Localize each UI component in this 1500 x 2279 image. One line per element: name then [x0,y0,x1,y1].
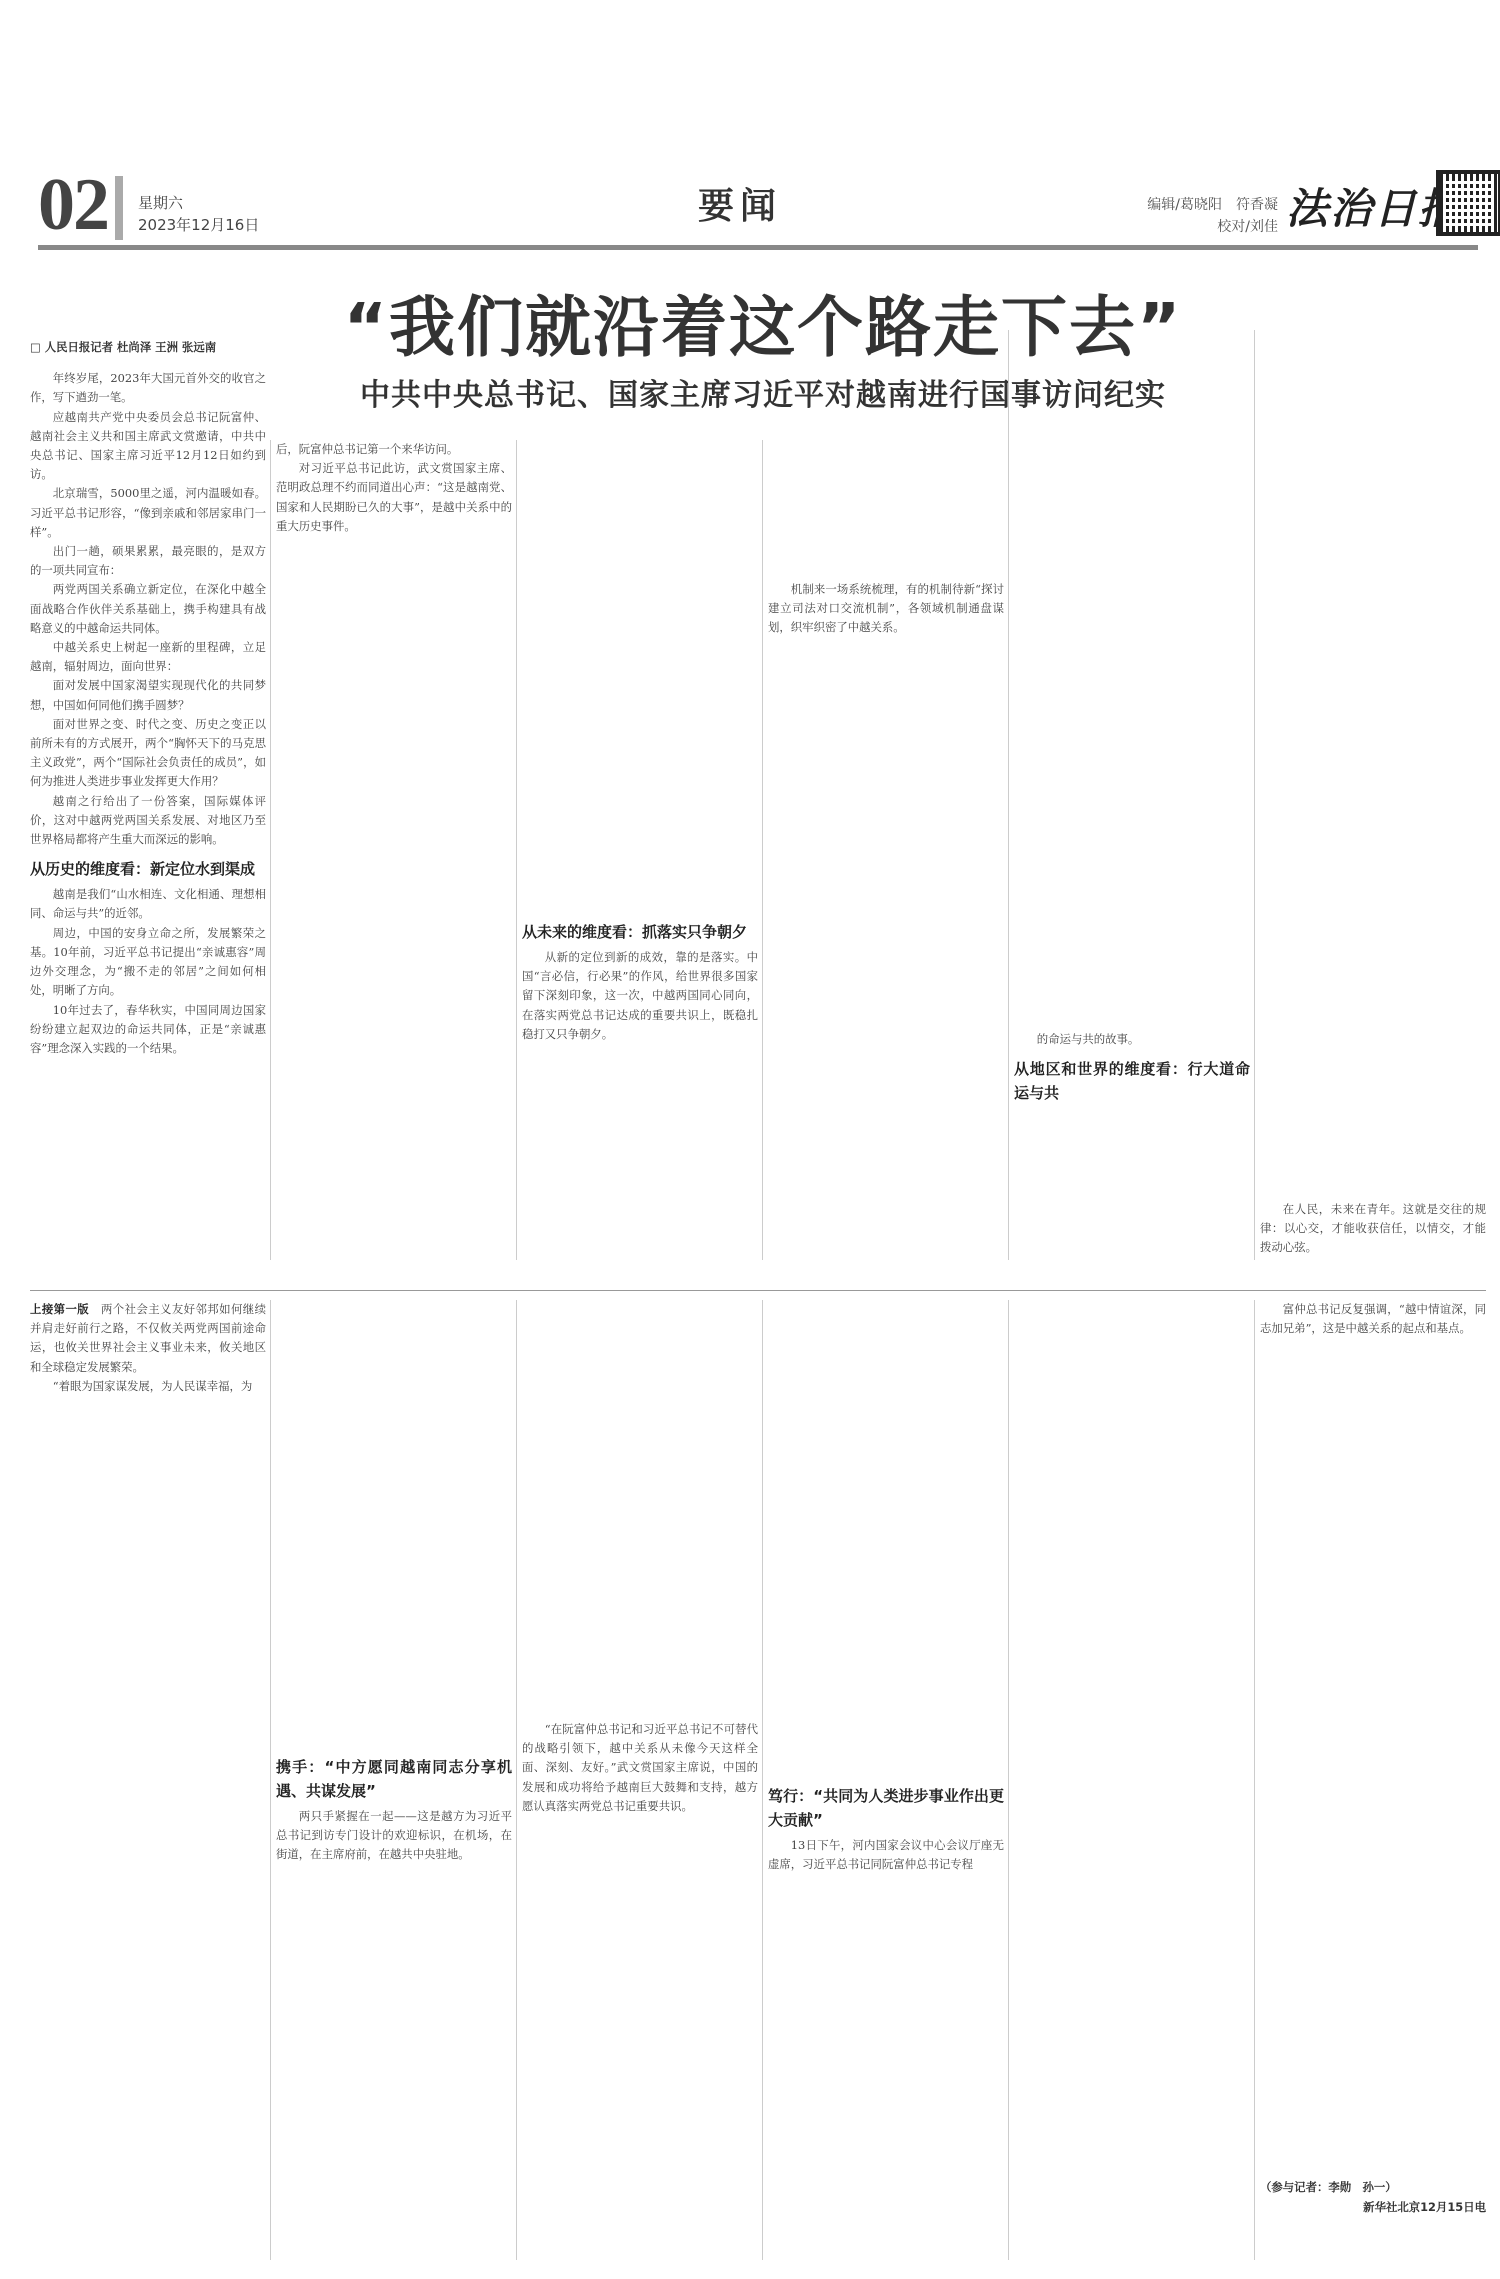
paragraph: “在阮富仲总书记和习近平总书记不可替代的战略引领下，越中关系从未像今天这样全面、… [522,1720,758,1816]
paragraph: 对习近平总书记此访，武文赏国家主席、范明政总理不约而同道出心声：“这是越南党、国… [276,459,512,536]
paragraph: 周边，中国的安身立命之所，发展繁荣之基。10年前，习近平总书记提出“亲诚惠容”周… [30,924,266,1001]
section-subhead: 从地区和世界的维度看：行大道命运与共 [1014,1057,1250,1105]
section-subhead: 携手：“中方愿同越南同志分享机遇、共谋发展” [276,1755,512,1803]
paragraph: 机制来一场系统梳理，有的机制待新“探讨建立司法对口交流机制”，各领域机制通盘谋划… [768,580,1004,638]
column-1: □ 人民日报记者 杜尚泽 王洲 张远南 年终岁尾，2023年大国元首外交的收官之… [30,330,266,1260]
section-subhead: 从历史的维度看：新定位水到渠成 [30,857,266,881]
paragraph: 在人民，未来在青年。这就是交往的规律：以心交，才能收获信任，以情交，才能拨动心弦… [1260,1200,1486,1258]
contributing-reporters: （参与记者：李勋 孙一） [1260,2178,1486,2197]
paragraph: 两党两国关系确立新定位，在深化中越全面战略合作伙伴关系基础上，携手构建具有战略意… [30,580,266,638]
column-3: 从未来的维度看：抓落实只争朝夕 从新的定位到新的成效，靠的是落实。中国“言必信，… [522,440,758,1260]
paragraph: 面对世界之变、时代之变、历史之变正以前所未有的方式展开，两个“胸怀天下的马克思主… [30,715,266,792]
bottom-column-3: “在阮富仲总书记和习近平总书记不可替代的战略引领下，越中关系从未像今天这样全面、… [522,1300,758,2260]
column-4: 机制来一场系统梳理，有的机制待新“探讨建立司法对口交流机制”，各领域机制通盘谋划… [768,440,1004,1260]
column-divider [270,1300,271,2260]
editor-credits: 编辑/葛晓阳 符香凝 校对/刘佳 [1108,194,1278,238]
column-divider [1008,330,1009,1260]
column-divider [1008,1300,1009,2260]
paragraph: 中越关系史上树起一座新的里程碑，立足越南，辐射周边，面向世界： [30,638,266,676]
column-divider [1254,1300,1255,2260]
masthead: 02 星期六 2023年12月16日 要闻 编辑/葛晓阳 符香凝 校对/刘佳 法… [38,170,1478,240]
bottom-column-5 [1014,1300,1250,2260]
byline: □ 人民日报记者 杜尚泽 王洲 张远南 [30,338,266,357]
column-divider [516,440,517,1260]
column-2: 后，阮富仲总书记第一个来华访问。 对习近平总书记此访，武文赏国家主席、范明政总理… [276,440,512,1260]
column-divider [762,1300,763,2260]
paragraph: 富仲总书记反复强调，“越中情谊深，同志加兄弟”，这是中越关系的起点和基点。 [1260,1300,1486,1338]
paragraph: “着眼为国家谋发展，为人民谋幸福，为 [30,1377,266,1396]
proofreader: 校对/刘佳 [1108,216,1278,238]
section-subhead: 从未来的维度看：抓落实只争朝夕 [522,920,758,944]
continued-from-page-1: 上接第一版 [30,1302,89,1316]
column-5: 的命运与共的故事。 从地区和世界的维度看：行大道命运与共 [1014,330,1250,1260]
paragraph: 越南之行给出了一份答案，国际媒体评价，这对中越两党两国关系发展、对地区乃至世界格… [30,792,266,850]
paragraph: 年终岁尾，2023年大国元首外交的收官之作，写下遒劲一笔。 [30,369,266,407]
paragraph: 从新的定位到新的成效，靠的是落实。中国“言必信，行必果”的作风，给世界很多国家留… [522,948,758,1044]
column-divider [516,1300,517,2260]
continued-on-page-3: 下转第三版 [1260,1258,1486,1260]
column-6: 在人民，未来在青年。这就是交往的规律：以心交，才能收获信任，以情交，才能拨动心弦… [1260,330,1486,1260]
paragraph: 后，阮富仲总书记第一个来华访问。 [276,440,512,459]
paragraph: 应越南共产党中央委员会总书记阮富仲、越南社会主义共和国主席武文赏邀请，中共中央总… [30,408,266,485]
section-divider [30,1290,1486,1291]
section-subhead: 笃行：“共同为人类进步事业作出更大贡献” [768,1784,1004,1832]
bottom-column-1: 上接第一版 两个社会主义友好邻邦如何继续并肩走好前行之路，不仅攸关两党两国前途命… [30,1300,266,2260]
masthead-rule [38,245,1478,250]
bottom-column-6: 富仲总书记反复强调，“越中情谊深，同志加兄弟”，这是中越关系的起点和基点。 （参… [1260,1300,1486,2260]
page-number: 02 [38,170,108,240]
paragraph: 的命运与共的故事。 [1014,1030,1250,1049]
qr-code-icon [1436,170,1500,236]
paragraph: 10年过去了，春华秋实，中国同周边国家纷纷建立起双边的命运共同体，正是“亲诚惠容… [30,1001,266,1059]
page-number-divider [115,176,123,240]
column-divider [270,440,271,1260]
bottom-column-4: 笃行：“共同为人类进步事业作出更大贡献” 13日下午，河内国家会议中心会议厅座无… [768,1300,1004,2260]
paragraph: 出门一趟，硕果累累，最亮眼的，是双方的一项共同宣布： [30,542,266,580]
paragraph: 13日下午，河内国家会议中心会议厅座无虚席，习近平总书记同阮富仲总书记专程 [768,1836,1004,1874]
newspaper-page: 02 星期六 2023年12月16日 要闻 编辑/葛晓阳 符香凝 校对/刘佳 法… [8,0,1492,2279]
column-divider [1254,330,1255,1260]
section-title: 要闻 [698,178,782,229]
weekday: 星期六 [138,192,183,213]
paragraph: 两只手紧握在一起——这是越方为习近平总书记到访专门设计的欢迎标识，在机场，在街道… [276,1807,512,1865]
dateline: 新华社北京12月15日电 [1260,2198,1486,2217]
column-divider [762,440,763,1260]
issue-date: 2023年12月16日 [138,214,259,235]
paragraph: 面对发展中国家渴望实现现代化的共同梦想，中国如何同他们携手圆梦？ [30,676,266,714]
bottom-column-2: 携手：“中方愿同越南同志分享机遇、共谋发展” 两只手紧握在一起——这是越方为习近… [276,1300,512,2260]
paragraph: 越南是我们“山水相连、文化相通、理想相同、命运与共”的近邻。 [30,885,266,923]
editors: 编辑/葛晓阳 符香凝 [1108,194,1278,216]
paragraph: 北京瑞雪，5000里之遥，河内温暖如春。习近平总书记形容，“像到亲戚和邻居家串门… [30,484,266,542]
